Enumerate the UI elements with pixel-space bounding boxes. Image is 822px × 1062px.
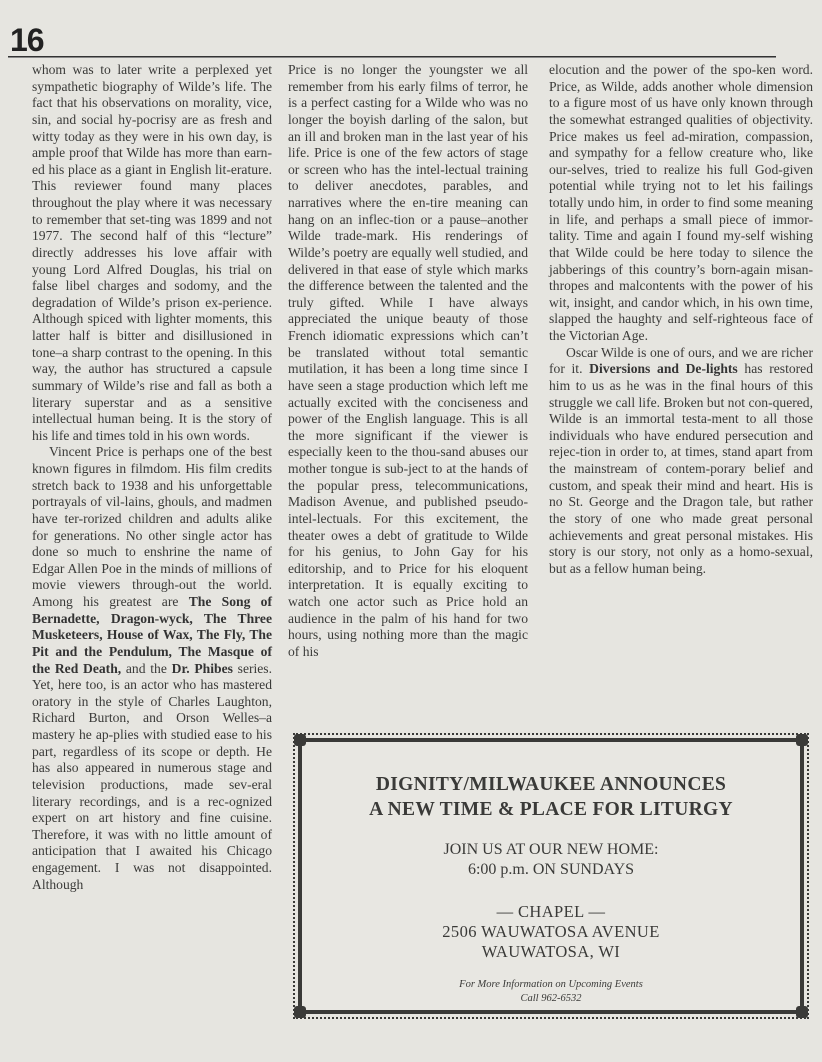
paragraph-text: and the bbox=[121, 661, 171, 676]
ad-city: WAUWATOSA, WI bbox=[302, 942, 800, 962]
paragraph-text: has restored him to us as he was in the … bbox=[549, 361, 813, 576]
ornament-corner-icon bbox=[796, 734, 808, 746]
paragraph-text: series. Yet, here too, is an actor who h… bbox=[32, 661, 272, 892]
series-title: Dr. Phibes bbox=[172, 661, 233, 676]
ad-schedule: JOIN US AT OUR NEW HOME: 6:00 p.m. ON SU… bbox=[302, 840, 800, 880]
ad-info-text: For More Information on Upcoming Events bbox=[302, 978, 800, 992]
ad-street: 2506 WAUWATOSA AVENUE bbox=[302, 922, 800, 942]
article-paragraph: whom was to later write a perplexed yet … bbox=[32, 62, 272, 444]
article-column-2: Price is no longer the youngster we all … bbox=[288, 62, 528, 734]
ad-contact: For More Information on Upcoming Events … bbox=[302, 978, 800, 1006]
ad-phone: Call 962-6532 bbox=[302, 992, 800, 1006]
column-clip: Price is no longer the youngster we all … bbox=[288, 62, 528, 734]
article-paragraph: elocution and the power of the spo-ken w… bbox=[549, 62, 813, 345]
ad-time-text: 6:00 p.m. ON SUNDAYS bbox=[302, 860, 800, 880]
article-column-3: elocution and the power of the spo-ken w… bbox=[549, 62, 813, 577]
ad-join-text: JOIN US AT OUR NEW HOME: bbox=[302, 840, 800, 860]
play-title: Diversions and De-lights bbox=[589, 361, 738, 376]
article-paragraph: Price is no longer the youngster we all … bbox=[288, 62, 528, 661]
ad-headline-line: A NEW TIME & PLACE FOR LITURGY bbox=[302, 797, 800, 822]
ad-headline-line: DIGNITY/MILWAUKEE ANNOUNCES bbox=[302, 772, 800, 797]
ornament-corner-icon bbox=[294, 1006, 306, 1018]
article-paragraph: Vincent Price is perhaps one of the best… bbox=[32, 444, 272, 893]
ornament-corner-icon bbox=[796, 1006, 808, 1018]
article-paragraph: Oscar Wilde is one of ours, and we are r… bbox=[549, 345, 813, 578]
ad-venue: — CHAPEL — bbox=[302, 902, 800, 922]
dignity-advertisement: DIGNITY/MILWAUKEE ANNOUNCES A NEW TIME &… bbox=[298, 738, 804, 1014]
header-rule bbox=[8, 56, 776, 57]
ad-headline: DIGNITY/MILWAUKEE ANNOUNCES A NEW TIME &… bbox=[302, 772, 800, 822]
paragraph-text: Vincent Price is perhaps one of the best… bbox=[32, 444, 272, 609]
ad-address: — CHAPEL — 2506 WAUWATOSA AVENUE WAUWATO… bbox=[302, 902, 800, 962]
article-column-1: whom was to later write a perplexed yet … bbox=[32, 62, 272, 893]
page-number: 16 bbox=[10, 22, 44, 59]
ornament-corner-icon bbox=[294, 734, 306, 746]
